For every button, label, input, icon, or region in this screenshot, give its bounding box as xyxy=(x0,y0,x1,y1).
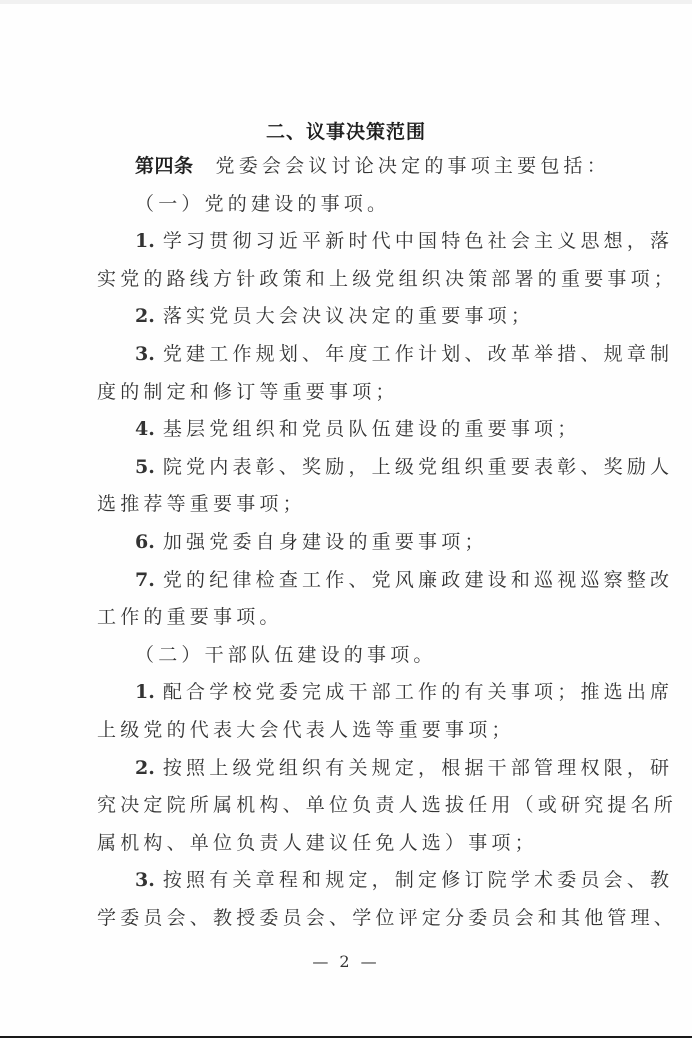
line-text: 落实党员大会决议决定的重要事项； xyxy=(163,305,534,327)
list-item: 2.落实党员大会决议决定的重要事项； xyxy=(97,302,599,340)
item-number: 3. xyxy=(135,343,155,365)
document-page: 二、议事决策范围 第四条党委会会议讨论决定的事项主要包括： （一）党的建设的事项… xyxy=(0,0,692,1036)
line-text: 学习贯彻习近平新时代中国特色社会主义思想，落 xyxy=(163,230,673,252)
list-item: 1.学习贯彻习近平新时代中国特色社会主义思想，落 xyxy=(97,227,599,265)
list-item: 5.院党内表彰、奖励，上级党组织重要表彰、奖励人 xyxy=(97,453,599,491)
article-label: 第四条 xyxy=(135,155,194,177)
item-number: 2. xyxy=(135,305,155,327)
list-item: 4.基层党组织和党员队伍建设的重要事项； xyxy=(97,415,599,453)
continuation-line: 选推荐等重要事项； xyxy=(97,490,599,528)
list-item: 1.配合学校党委完成干部工作的有关事项；推选出席 xyxy=(97,678,599,716)
subsection-heading: （一）党的建设的事项。 xyxy=(97,190,599,228)
line-text: 基层党组织和党员队伍建设的重要事项； xyxy=(163,418,581,440)
line-text: （一）党的建设的事项。 xyxy=(135,193,390,215)
line-text: 度的制定和修订等重要事项； xyxy=(97,381,399,403)
line-text: 属机构、单位负责人建议任免人选）事项； xyxy=(97,832,538,854)
list-item: 3.党建工作规划、年度工作计划、改革举措、规章制 xyxy=(97,340,599,378)
continuation-line: 究决定院所属机构、单位负责人选拔任用（或研究提名所 xyxy=(97,791,599,829)
article-intro: 党委会会议讨论决定的事项主要包括： xyxy=(216,155,610,177)
section-title: 二、议事决策范围 xyxy=(0,117,692,144)
list-item: 6.加强党委自身建设的重要事项； xyxy=(97,528,599,566)
line-text: 党的纪律检查工作、党风廉政建设和巡视巡察整改 xyxy=(163,569,673,591)
subsection-heading: （二）干部队伍建设的事项。 xyxy=(97,641,599,679)
document-body: 第四条党委会会议讨论决定的事项主要包括： （一）党的建设的事项。 1.学习贯彻习… xyxy=(97,152,599,941)
item-number: 7. xyxy=(135,569,155,591)
item-number: 5. xyxy=(135,456,155,478)
line-text: 实党的路线方针政策和上级党组织决策部署的重要事项； xyxy=(97,268,677,290)
line-text: 按照有关章程和规定，制定修订院学术委员会、教 xyxy=(163,869,673,891)
line-text: 选推荐等重要事项； xyxy=(97,493,306,515)
continuation-line: 学委员会、教授委员会、学位评定分委员会和其他管理、 xyxy=(97,904,599,942)
continuation-line: 属机构、单位负责人建议任免人选）事项； xyxy=(97,829,599,867)
item-number: 6. xyxy=(135,531,155,553)
page-number: — 2 — xyxy=(0,952,692,971)
line-text: （二）干部队伍建设的事项。 xyxy=(135,644,437,666)
article-line: 第四条党委会会议讨论决定的事项主要包括： xyxy=(97,152,599,190)
list-item: 3.按照有关章程和规定，制定修订院学术委员会、教 xyxy=(97,866,599,904)
continuation-line: 度的制定和修订等重要事项； xyxy=(97,378,599,416)
item-number: 3. xyxy=(135,869,155,891)
line-text: 加强党委自身建设的重要事项； xyxy=(163,531,488,553)
line-text: 工作的重要事项。 xyxy=(97,606,283,628)
item-number: 1. xyxy=(135,681,155,703)
line-text: 按照上级党组织有关规定，根据干部管理权限，研 xyxy=(163,757,673,779)
continuation-line: 实党的路线方针政策和上级党组织决策部署的重要事项； xyxy=(97,265,599,303)
continuation-line: 工作的重要事项。 xyxy=(97,603,599,641)
item-number: 1. xyxy=(135,230,155,252)
line-text: 配合学校党委完成干部工作的有关事项；推选出席 xyxy=(163,681,673,703)
line-text: 上级党的代表大会代表人选等重要事项； xyxy=(97,719,515,741)
item-number: 2. xyxy=(135,757,155,779)
line-text: 院党内表彰、奖励，上级党组织重要表彰、奖励人 xyxy=(163,456,673,478)
line-text: 究决定院所属机构、单位负责人选拔任用（或研究提名所 xyxy=(97,794,677,816)
continuation-line: 上级党的代表大会代表人选等重要事项； xyxy=(97,716,599,754)
list-item: 2.按照上级党组织有关规定，根据干部管理权限，研 xyxy=(97,754,599,792)
list-item: 7.党的纪律检查工作、党风廉政建设和巡视巡察整改 xyxy=(97,566,599,604)
line-text: 学委员会、教授委员会、学位评定分委员会和其他管理、 xyxy=(97,907,677,929)
line-text: 党建工作规划、年度工作计划、改革举措、规章制 xyxy=(163,343,673,365)
item-number: 4. xyxy=(135,418,155,440)
